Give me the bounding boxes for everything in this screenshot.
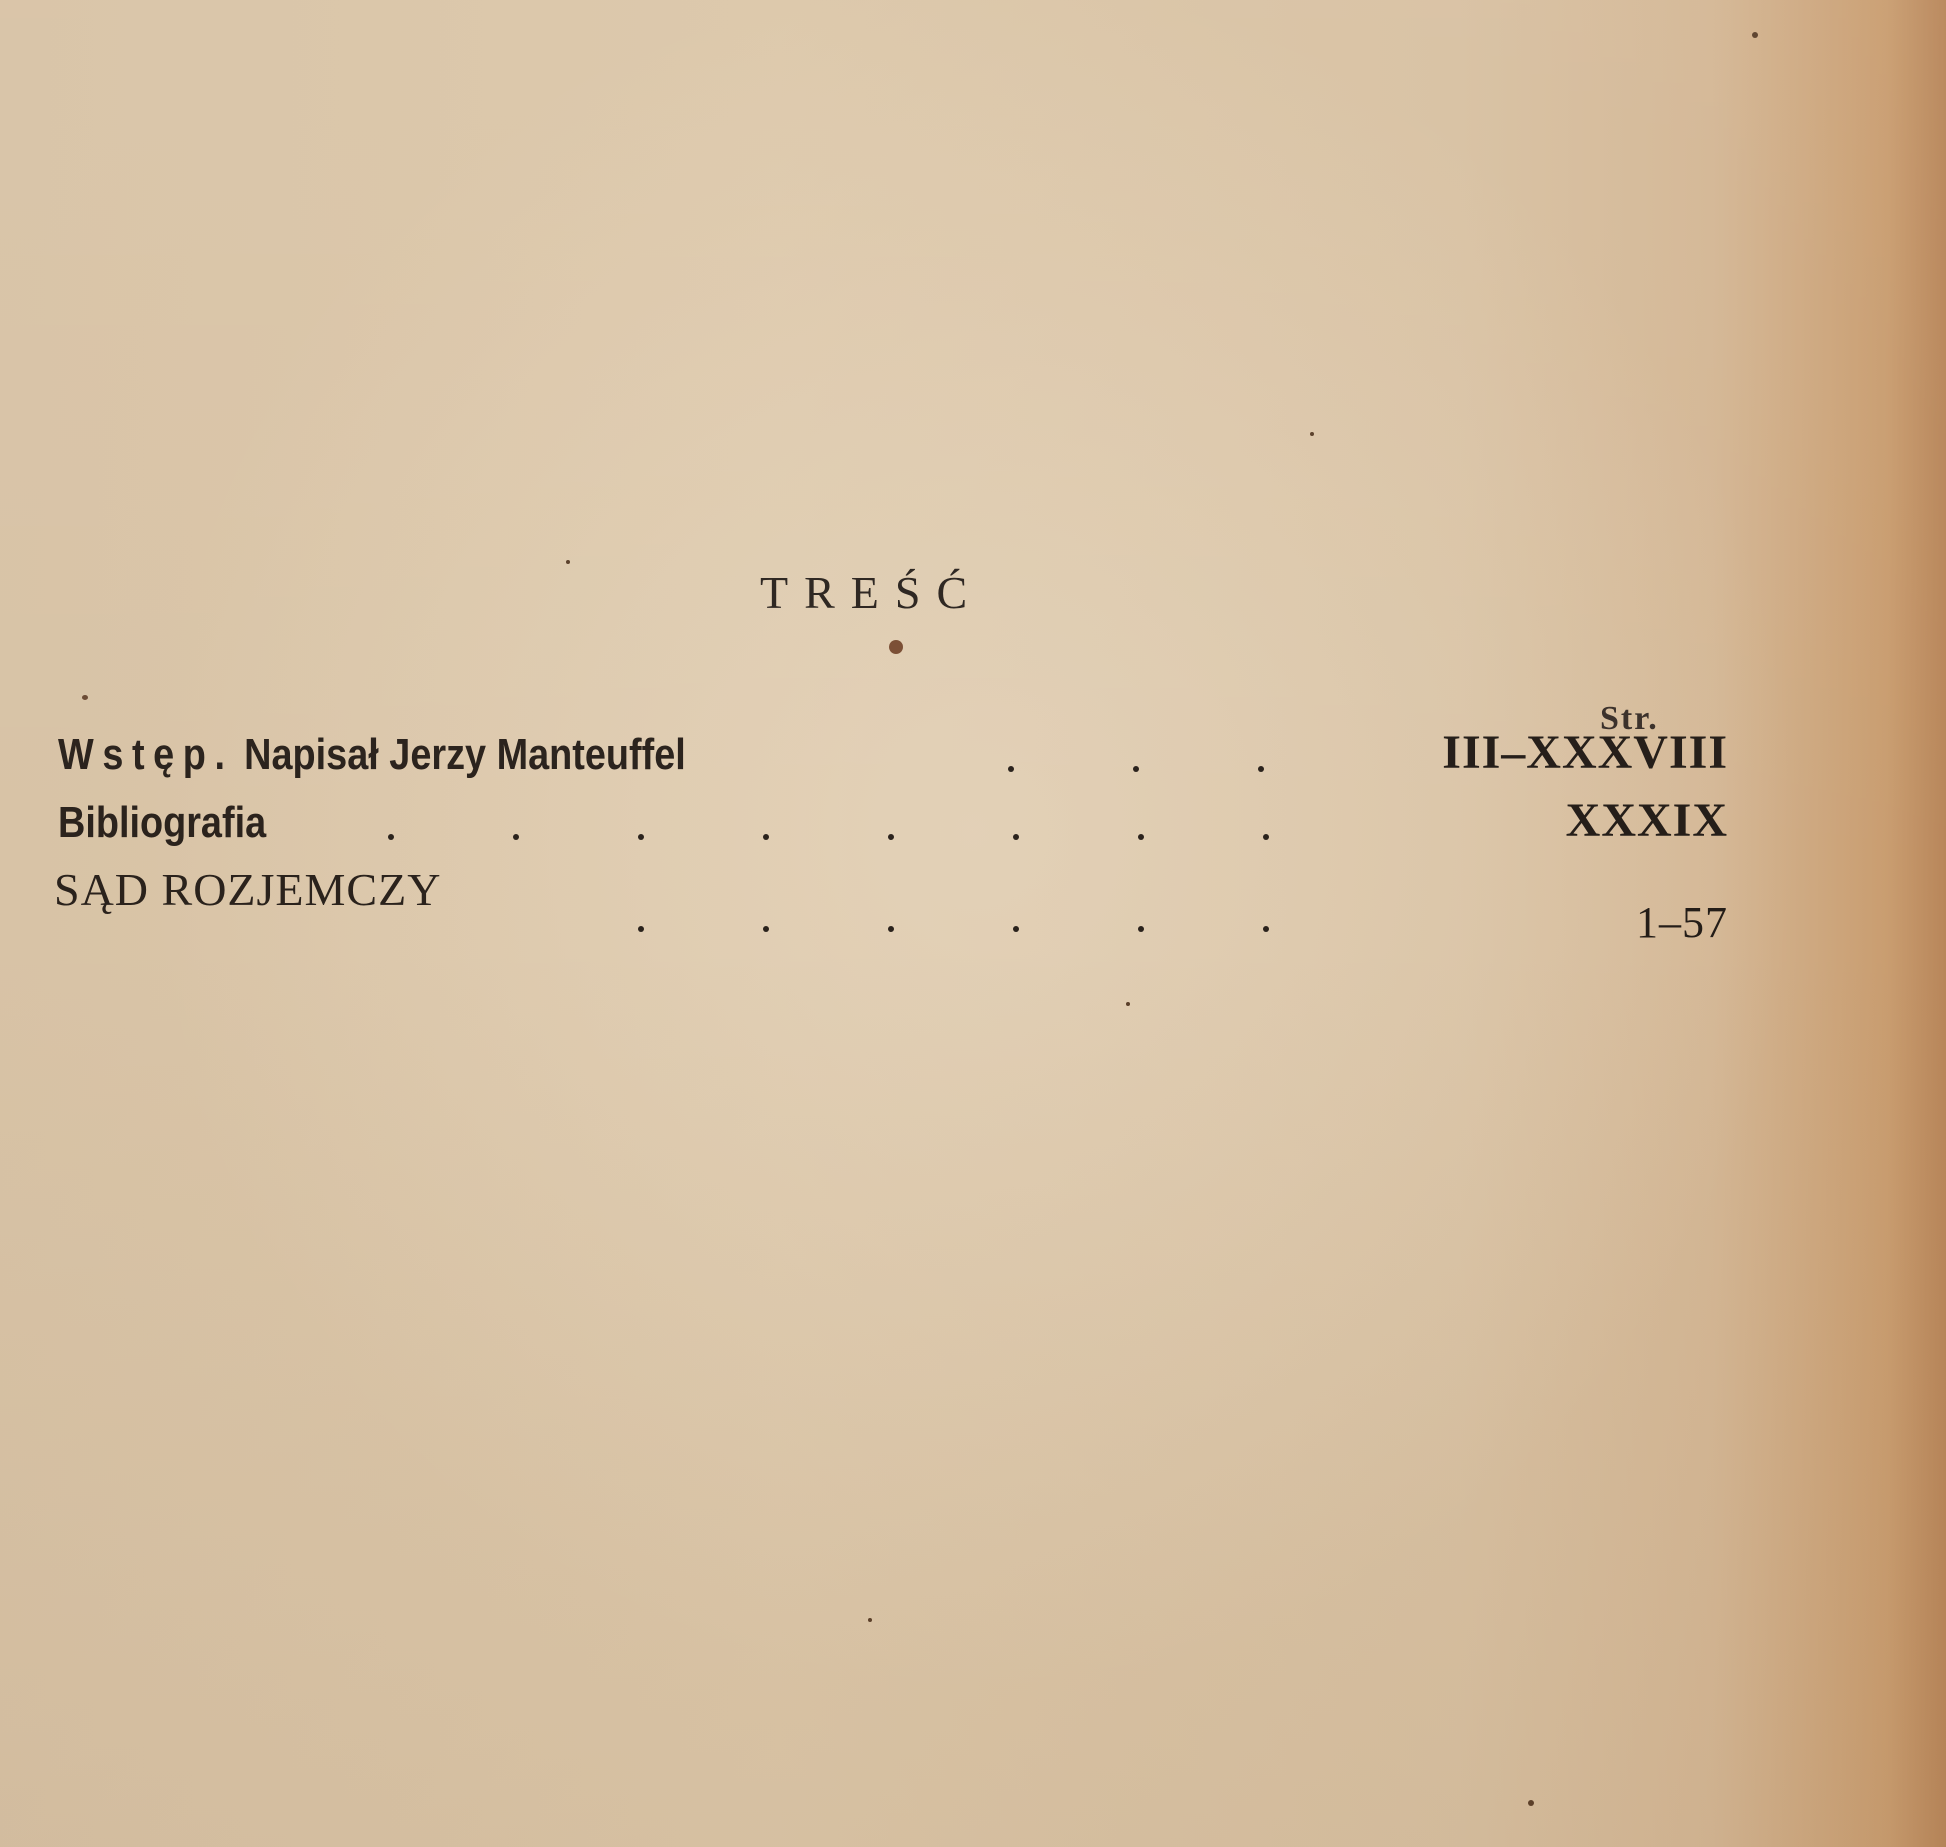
paper-speck — [1528, 1800, 1534, 1806]
toc-entry-pages: 1–57 — [1636, 897, 1728, 948]
book-page: TREŚĆ Str. Wstęp. Napisał Jerzy Manteuff… — [0, 0, 1946, 1847]
toc-entry-title: Wstęp. Napisał Jerzy Manteuffel — [58, 730, 686, 780]
paper-speck — [889, 640, 903, 654]
toc-entry-title: Bibliografia — [58, 798, 266, 848]
toc-entry: SĄD ROZJEMCZY 1–57 — [58, 856, 1718, 916]
toc-entry-pages: XXXIX — [1566, 793, 1728, 848]
toc-entry-pages: III–XXXVIII — [1442, 725, 1728, 780]
paper-speck — [82, 695, 88, 700]
toc-entry: Bibliografia XXXIX — [58, 788, 1718, 848]
toc-entry: Wstęp. Napisał Jerzy Manteuffel III–XXXV… — [58, 720, 1718, 780]
dot-leaders — [638, 922, 1338, 932]
toc-entry-title-prefix: Wstęp. — [58, 730, 234, 779]
paper-speck — [868, 1618, 872, 1622]
paper-speck — [1310, 432, 1314, 436]
dot-leaders — [1008, 762, 1328, 772]
paper-speck — [566, 560, 570, 564]
paper-speck — [1126, 1002, 1130, 1006]
dot-leaders — [388, 830, 1338, 840]
contents-heading: TREŚĆ — [760, 566, 983, 619]
toc-entry-title-text: Napisał Jerzy Manteuffel — [244, 730, 686, 779]
paper-speck — [1752, 32, 1758, 38]
toc-entry-title: SĄD ROZJEMCZY — [54, 863, 441, 916]
